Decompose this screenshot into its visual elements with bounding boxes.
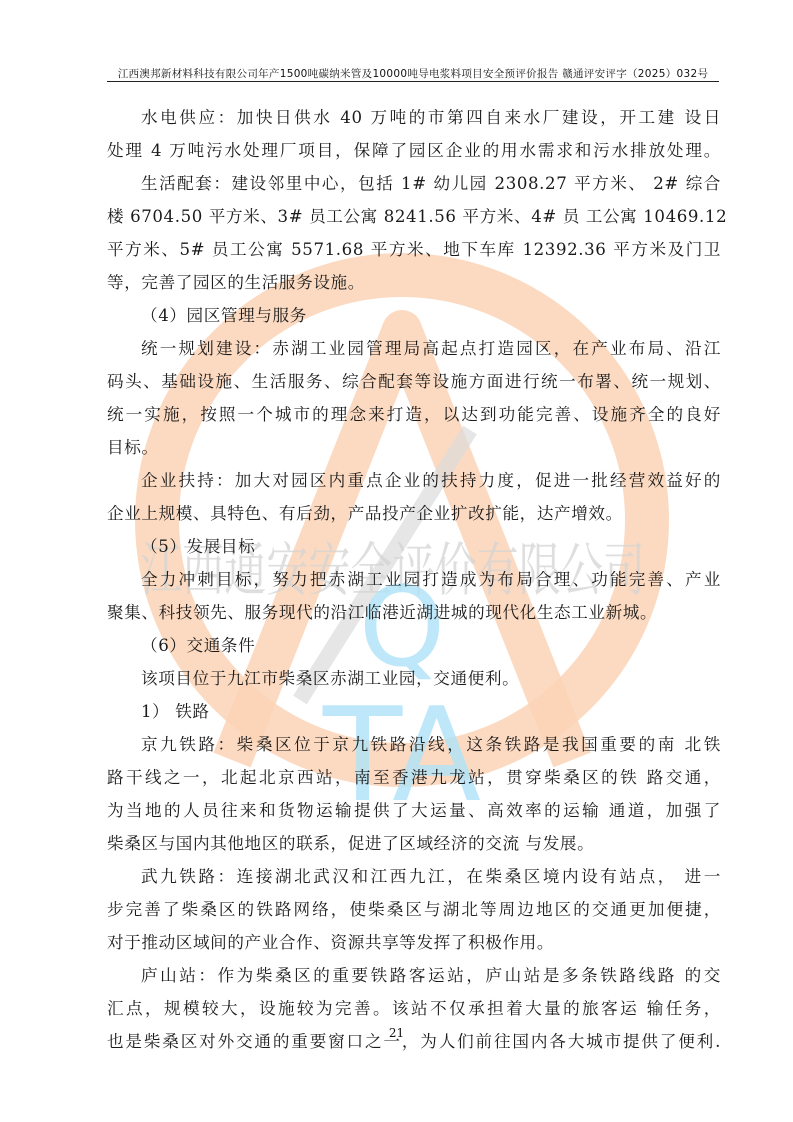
paragraph-line: 码头、基础设施、生活服务、综合配套等设施方面进行统一布署、统一规划、 bbox=[107, 365, 721, 398]
paragraph-line: 该项目位于九江市柴桑区赤湖工业园，交通便利。 bbox=[107, 662, 721, 695]
document-page: 江西通安安全评价有限公司 Q TA 江西澳邦新材料科技有限公司年产1500吨碳纳… bbox=[0, 0, 793, 1122]
paragraph-line: 步完善了柴桑区的铁路网络，使柴桑区与湖北等周边地区的交通更加便捷， bbox=[107, 893, 721, 926]
paragraph-line: 庐山站：作为柴桑区的重要铁路客运站，庐山站是多条铁路线路 的交 bbox=[107, 959, 721, 992]
paragraph-line: 对于推动区域间的产业合作、资源共享等发挥了积极作用。 bbox=[107, 926, 721, 959]
section-heading: （5）发展目标 bbox=[107, 530, 721, 563]
paragraph-line: 处理 4 万吨污水处理厂项目，保障了园区企业的用水需求和污水排放处理。 bbox=[107, 134, 721, 167]
paragraph-line: 平方米、5# 员工公寓 5571.68 平方米、地下车库 12392.36 平方… bbox=[107, 233, 721, 266]
page-header: 江西澳邦新材料科技有限公司年产1500吨碳纳米管及10000吨导电浆料项目安全预… bbox=[107, 66, 719, 81]
paragraph-line: 京九铁路：柴桑区位于京九铁路沿线，这条铁路是我国重要的南 北铁 bbox=[107, 728, 721, 761]
paragraph-line: 楼 6704.50 平方米、3# 员工公寓 8241.56 平方米、4# 员 工… bbox=[107, 200, 721, 233]
paragraph-line: 统一实施，按照一个城市的理念来打造，以达到功能完善、设施齐全的良好 bbox=[107, 398, 721, 431]
section-heading: （4）园区管理与服务 bbox=[107, 299, 721, 332]
paragraph-line: 水电供应：加快日供水 40 万吨的市第四自来水厂建设，开工建 设日 bbox=[107, 101, 721, 134]
body-text: 水电供应：加快日供水 40 万吨的市第四自来水厂建设，开工建 设日 处理 4 万… bbox=[107, 101, 721, 1058]
paragraph-line: 聚集、科技领先、服务现代的沿江临港近湖进城的现代化生态工业新城。 bbox=[107, 596, 721, 629]
page-number: 21 bbox=[0, 1026, 793, 1040]
paragraph-line: 统一规划建设：赤湖工业园管理局高起点打造园区，在产业布局、沿江 bbox=[107, 332, 721, 365]
paragraph-line: 目标。 bbox=[107, 431, 721, 464]
section-heading: （6）交通条件 bbox=[107, 629, 721, 662]
header-rule bbox=[107, 81, 719, 82]
paragraph-line: 柴桑区与国内其他地区的联系，促进了区域经济的交流 与发展。 bbox=[107, 827, 721, 860]
paragraph-line: 生活配套：建设邻里中心，包括 1# 幼儿园 2308.27 平方米、 2# 综合 bbox=[107, 167, 721, 200]
paragraph-line: 企业上规模、具特色、有后劲，产品投产企业扩改扩能，达产增效。 bbox=[107, 497, 721, 530]
paragraph-line: 等，完善了园区的生活服务设施。 bbox=[107, 266, 721, 299]
paragraph-line: 汇点，规模较大，设施较为完善。该站不仅承担着大量的旅客运 输任务， bbox=[107, 992, 721, 1025]
subsection-heading: 1） 铁路 bbox=[107, 695, 721, 728]
paragraph-line: 为当地的人员往来和货物运输提供了大运量、高效率的运输 通道，加强了 bbox=[107, 794, 721, 827]
paragraph-line: 武九铁路：连接湖北武汉和江西九江，在柴桑区境内设有站点， 进一 bbox=[107, 860, 721, 893]
paragraph-line: 路干线之一，北起北京西站，南至香港九龙站，贯穿柴桑区的铁 路交通， bbox=[107, 761, 721, 794]
paragraph-line: 企业扶持：加大对园区内重点企业的扶持力度，促进一批经营效益好的 bbox=[107, 464, 721, 497]
paragraph-line: 全力冲刺目标，努力把赤湖工业园打造成为布局合理、功能完善、产业 bbox=[107, 563, 721, 596]
